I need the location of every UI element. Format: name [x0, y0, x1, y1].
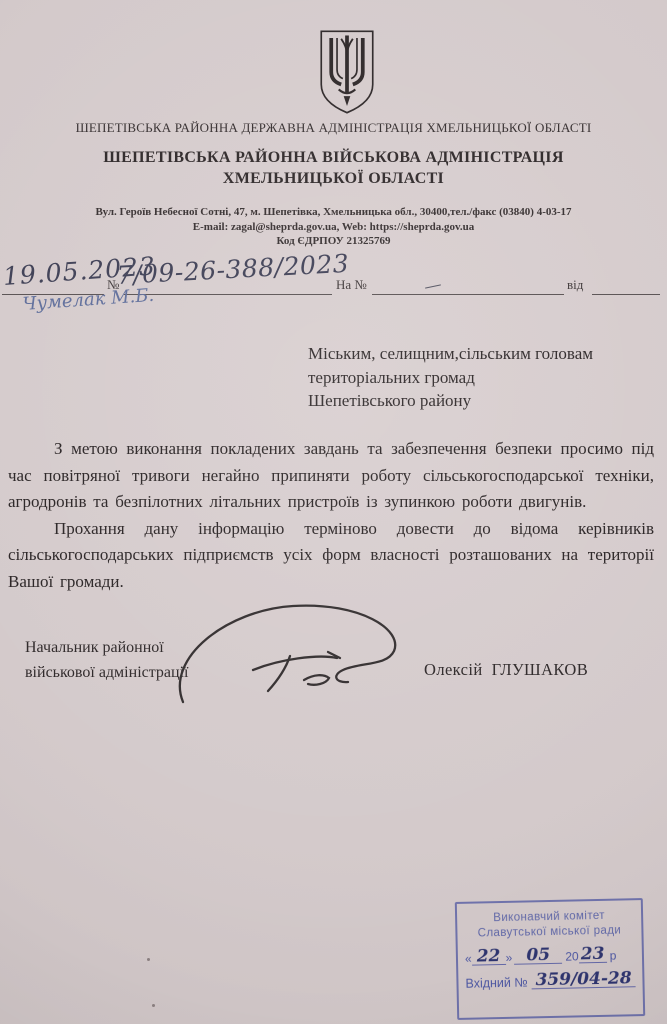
stamp-close-quote: »: [506, 951, 513, 965]
letterhead-address: Вул. Героїв Небесної Сотні, 47, м. Шепет…: [0, 205, 667, 220]
state-administration-title: ШЕПЕТІВСЬКА РАЙОННА ДЕРЖАВНА АДМІНІСТРАЦ…: [0, 120, 667, 136]
reply-date-blank-line: [592, 294, 660, 295]
stamp-incoming-number-line: 359/04-28: [532, 971, 636, 989]
stamp-year-line: 23: [578, 947, 606, 964]
military-administration-title-line1: ШЕПЕТІВСЬКА РАЙОННА ВІЙСЬКОВА АДМІНІСТРА…: [0, 147, 667, 168]
stamp-handwritten-month: 05: [526, 948, 550, 962]
body-paragraph-1: З метою виконання покладених завдань та …: [8, 436, 654, 516]
stamp-organization-line2: Славутської міської ради: [464, 923, 634, 941]
body-paragraph-2: Прохання дану інформацію терміново довес…: [8, 516, 654, 596]
trident-emblem-icon: [310, 28, 384, 116]
reply-number-blank-line: [372, 294, 564, 295]
stamp-handwritten-year: 23: [581, 947, 605, 961]
stamp-handwritten-incoming-number: 359/04-28: [535, 971, 631, 987]
stamp-handwritten-day: 22: [477, 949, 501, 963]
addressee-block: Міським, селищним,сільським головам тери…: [308, 342, 593, 413]
stamp-incoming-row: Вхідний № 359/04-28: [465, 971, 635, 991]
stamp-year-prefix: 20: [565, 949, 579, 963]
from-label: від: [567, 277, 583, 293]
handwritten-note: Чумелак М.Б.: [22, 285, 155, 315]
military-administration-title-line2: ХМЕЛЬНИЦЬКОЇ ОБЛАСТІ: [0, 168, 667, 189]
signer-position: Начальник районної військової адміністра…: [25, 636, 188, 685]
stamp-date-row: « 22 » 05 20 23 р: [465, 946, 635, 966]
addressee-line3: Шепетівського району: [308, 389, 593, 413]
addressee-line1: Міським, селищним,сільським головам: [308, 342, 593, 366]
letterhead-edrpou: Код ЄДРПОУ 21325769: [0, 234, 667, 249]
incoming-registration-stamp: Виконавчий комітет Славутської міської р…: [455, 898, 645, 1020]
letterhead-email-web: E-mail: zagal@sheprda.gov.ua, Web: https…: [0, 220, 667, 235]
stamp-incoming-label: Вхідний №: [465, 975, 528, 990]
letterhead-contacts: Вул. Героїв Небесної Сотні, 47, м. Шепет…: [0, 205, 667, 249]
signer-position-line2: військової адміністрації: [25, 661, 188, 686]
paper-speck: [152, 1004, 155, 1007]
stamp-day-line: 22: [471, 949, 505, 966]
stamp-year-suffix: р: [610, 949, 617, 963]
stamp-month-line: 05: [514, 948, 562, 965]
letter-body: З метою виконання покладених завдань та …: [8, 436, 654, 595]
in-reply-label: На №: [336, 277, 367, 293]
document-photo: ШЕПЕТІВСЬКА РАЙОННА ДЕРЖАВНА АДМІНІСТРАЦ…: [0, 0, 667, 1024]
paper-speck: [147, 958, 150, 961]
military-administration-title: ШЕПЕТІВСЬКА РАЙОННА ВІЙСЬКОВА АДМІНІСТРА…: [0, 147, 667, 189]
addressee-line2: територіальних громад: [308, 366, 593, 390]
pen-dash-mark: [425, 284, 441, 288]
signature-scribble: [165, 596, 417, 710]
signer-name: Олексій ГЛУШАКОВ: [424, 660, 588, 680]
number-blank-line: [124, 294, 332, 295]
signer-position-line1: Начальник районної: [25, 636, 188, 661]
